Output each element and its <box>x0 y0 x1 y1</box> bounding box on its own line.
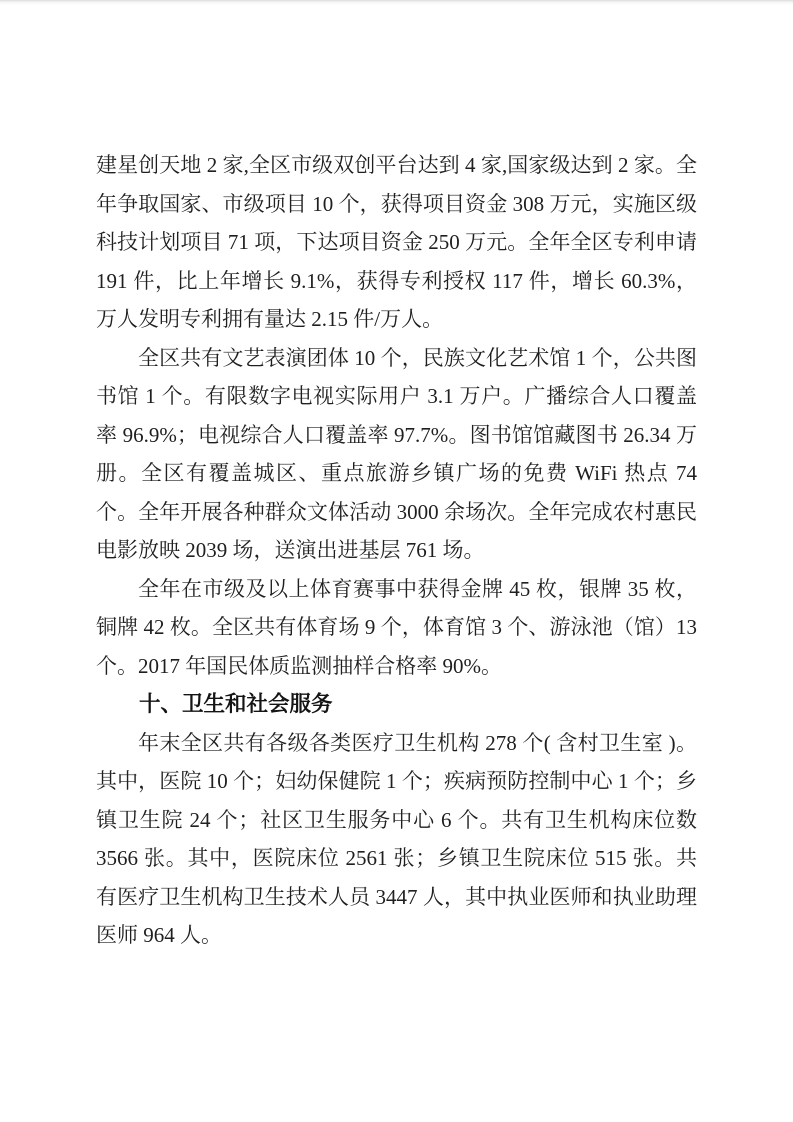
paragraph-sports: 全年在市级及以上体育赛事中获得金牌 45 枚，银牌 35 枚，铜牌 42 枚。全… <box>96 570 697 686</box>
section-heading-health-social-services: 十、卫生和社会服务 <box>96 685 697 724</box>
scan-edge-artifact <box>0 0 793 5</box>
document-page: 建星创天地 2 家,全区市级双创平台达到 4 家,国家级达到 2 家。全年争取国… <box>0 0 793 1122</box>
paragraph-culture-media: 全区共有文艺表演团体 10 个，民族文化艺术馆 1 个，公共图书馆 1 个。有限… <box>96 339 697 570</box>
paragraph-health-institutions: 年末全区共有各级各类医疗卫生机构 278 个( 含村卫生室 )。其中，医院 10… <box>96 724 697 955</box>
paragraph-science-tech-continuation: 建星创天地 2 家,全区市级双创平台达到 4 家,国家级达到 2 家。全年争取国… <box>96 146 697 339</box>
document-body: 建星创天地 2 家,全区市级双创平台达到 4 家,国家级达到 2 家。全年争取国… <box>96 146 697 955</box>
